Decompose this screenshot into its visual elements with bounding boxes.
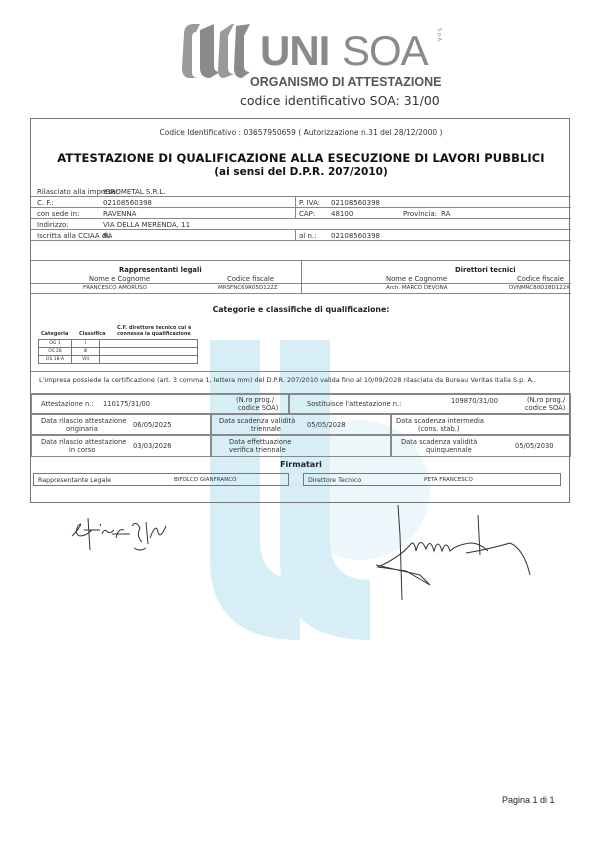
att-number-value: 110175/31/00 <box>103 400 150 408</box>
tech-dir-signatory-name: PETA FRANCESCO <box>424 477 473 483</box>
signatories-title: Firmatari <box>31 460 571 469</box>
document-subtitle: (ai sensi del D.P.R. 207/2010) <box>31 166 571 178</box>
tech-directors-col-name: Nome e Cognome <box>386 275 447 283</box>
table-row: OG 1 I <box>39 340 198 348</box>
document-title: ATTESTAZIONE DI QUALIFICAZIONE ALLA ESEC… <box>31 151 571 165</box>
cciaa-label: Iscritta alla CCIAA di: <box>37 232 111 240</box>
five-year-exp-value: 05/05/2030 <box>515 442 554 450</box>
cap-label: CAP: <box>299 210 315 218</box>
tech-dir-signatory-label: Direttore Tecnico <box>308 477 361 484</box>
seat-value: RAVENNA <box>103 210 136 218</box>
cciaa-value: RA <box>103 232 112 240</box>
piva-value: 02108560398 <box>331 199 380 207</box>
province-value: RA <box>441 210 450 218</box>
seat-label: con sede in: <box>37 210 79 218</box>
categories-title: Categorie e classifiche di qualificazion… <box>31 305 571 314</box>
attestation-grid: Attestazione n.: 110175/31/00 (N.ro prog… <box>31 394 571 458</box>
legal-reps-title: Rappresentanti legali <box>119 266 202 274</box>
issued-to-value: IDROMETAL S.R.L. <box>103 188 166 196</box>
legal-rep-cf: MRSFNC69R05D122Z <box>218 285 278 291</box>
address-label: Indirizzo: <box>37 221 69 229</box>
intermediate-exp-label-2: (cons. stab.) <box>418 425 460 433</box>
triennial-exp-label-1: Data scadenza validità <box>219 417 295 425</box>
company-row-address: Indirizzo: VIA DELLA MERENDA, 11 <box>31 219 571 230</box>
legal-rep-signatory-label: Rappresentante Legale <box>38 477 111 484</box>
legal-rep-signature <box>70 508 180 558</box>
address-value: VIA DELLA MERENDA, 11 <box>103 221 190 229</box>
col-category: Categoria <box>41 331 68 337</box>
province-label: Provincia: <box>403 210 437 218</box>
triennial-exp-label-2: triennale <box>251 425 281 433</box>
tech-directors-col-cf: Codice fiscale <box>517 275 564 283</box>
class-cell: III <box>72 348 100 356</box>
soa-code: codice identificativo SOA: 31/00 <box>240 93 440 108</box>
triennial-check-label-2: verifica triennale <box>229 446 286 454</box>
tech-directors-title: Direttori tecnici <box>455 266 516 274</box>
unisoa-logo: UNI SOA S.p.A. ORGANISMO DI ATTESTAZIONE… <box>180 20 460 115</box>
triennial-exp-value: 05/05/2028 <box>307 421 346 429</box>
tech-dir-signatory: Direttore Tecnico PETA FRANCESCO <box>303 473 561 486</box>
company-row-issued: Rilasciato alla impresa: IDROMETAL S.R.L… <box>31 186 571 197</box>
class-cell: I <box>72 340 100 348</box>
orig-issue-label-1: Data rilascio attestazione <box>41 417 126 425</box>
replaces-value: 109870/31/00 <box>451 397 498 405</box>
intermediate-exp-label-1: Data scadenza intermedia <box>396 417 484 425</box>
organization-name: ORGANISMO DI ATTESTAZIONE <box>250 75 441 89</box>
class-cell: VIII <box>72 356 100 364</box>
orig-issue-label-2: originaria <box>66 425 98 433</box>
categories-table: OG 1 I OS 28 III OS 18-A VIII <box>38 339 198 364</box>
category-cell: OS 28 <box>39 348 72 356</box>
number-label: al n.: <box>299 232 316 240</box>
cf-label: C. F.: <box>37 199 54 207</box>
category-cell: OG 1 <box>39 340 72 348</box>
att-prog-note-1: (N.ro prog./ <box>236 396 274 404</box>
cf-cell <box>100 356 198 364</box>
code-identification: Codice Identificativo : 03657950659 ( Au… <box>31 128 571 137</box>
tech-director-name: Arch. MARCO DEVONA <box>386 285 447 291</box>
orig-issue-value: 06/05/2025 <box>133 421 172 429</box>
cf-value: 02108560398 <box>103 199 152 207</box>
company-row-seat: con sede in: RAVENNA CAP: 48100 Provinci… <box>31 208 571 219</box>
logo-mark-icon <box>180 22 260 80</box>
col-cf-line2: connessa la qualificazione <box>117 331 191 337</box>
att-prog-note-2: codice SOA) <box>238 404 278 412</box>
number-value: 02108560398 <box>331 232 380 240</box>
cap-value: 48100 <box>331 210 353 218</box>
certification-note: L'impresa possiede la certificazione (ar… <box>31 371 571 394</box>
table-row: OS 18-A VIII <box>39 356 198 364</box>
company-row-cf: C. F.: 02108560398 P. IVA: 02108560398 <box>31 197 571 208</box>
logo-uni-text: UNI <box>260 26 329 76</box>
representatives-section: Rappresentanti legali Nome e Cognome Cod… <box>31 260 571 302</box>
current-issue-value: 03/03/2026 <box>133 442 172 450</box>
page-number: Pagina 1 di 1 <box>502 795 555 805</box>
category-cell: OS 18-A <box>39 356 72 364</box>
cf-cell <box>100 348 198 356</box>
legal-rep-signatory-name: BIFOLCO GIANFRANCO <box>174 477 236 483</box>
triennial-check-label-1: Data effettuazione <box>229 438 291 446</box>
current-issue-label-2: in corso <box>69 446 95 454</box>
attestation-frame: Codice Identificativo : 03657950659 ( Au… <box>30 118 570 503</box>
cf-cell <box>100 340 198 348</box>
five-year-exp-label-1: Data scadenza validità <box>401 438 477 446</box>
company-row-cciaa: Iscritta alla CCIAA di: RA al n.: 021085… <box>31 230 571 241</box>
legal-rep-name: FRANCESCO AMORUSO <box>83 285 147 291</box>
five-year-exp-label-2: quinquennale <box>426 446 472 454</box>
replaces-prog-note-2: codice SOA) <box>525 404 565 412</box>
piva-label: P. IVA: <box>299 199 320 207</box>
tech-dir-signature <box>370 505 560 605</box>
logo-soa-text: SOA <box>342 26 428 76</box>
logo-spa-text: S.p.A. <box>436 28 442 42</box>
table-row: OS 28 III <box>39 348 198 356</box>
col-class: Classifica <box>79 331 105 337</box>
replaces-prog-note-1: (N.ro prog./ <box>527 396 565 404</box>
att-number-label: Attestazione n.: <box>41 400 94 408</box>
legal-rep-signatory: Rappresentante Legale BIFOLCO GIANFRANCO <box>33 473 289 486</box>
tech-director-cf: DVNMRC80D28D122X <box>509 285 570 291</box>
replaces-label: Sostituisce l'attestazione n.: <box>307 400 401 408</box>
legal-reps-col-cf: Codice fiscale <box>227 275 274 283</box>
current-issue-label-1: Data rilascio attestazione <box>41 438 126 446</box>
legal-reps-col-name: Nome e Cognome <box>89 275 150 283</box>
company-info-table: Rilasciato alla impresa: IDROMETAL S.R.L… <box>31 186 571 241</box>
